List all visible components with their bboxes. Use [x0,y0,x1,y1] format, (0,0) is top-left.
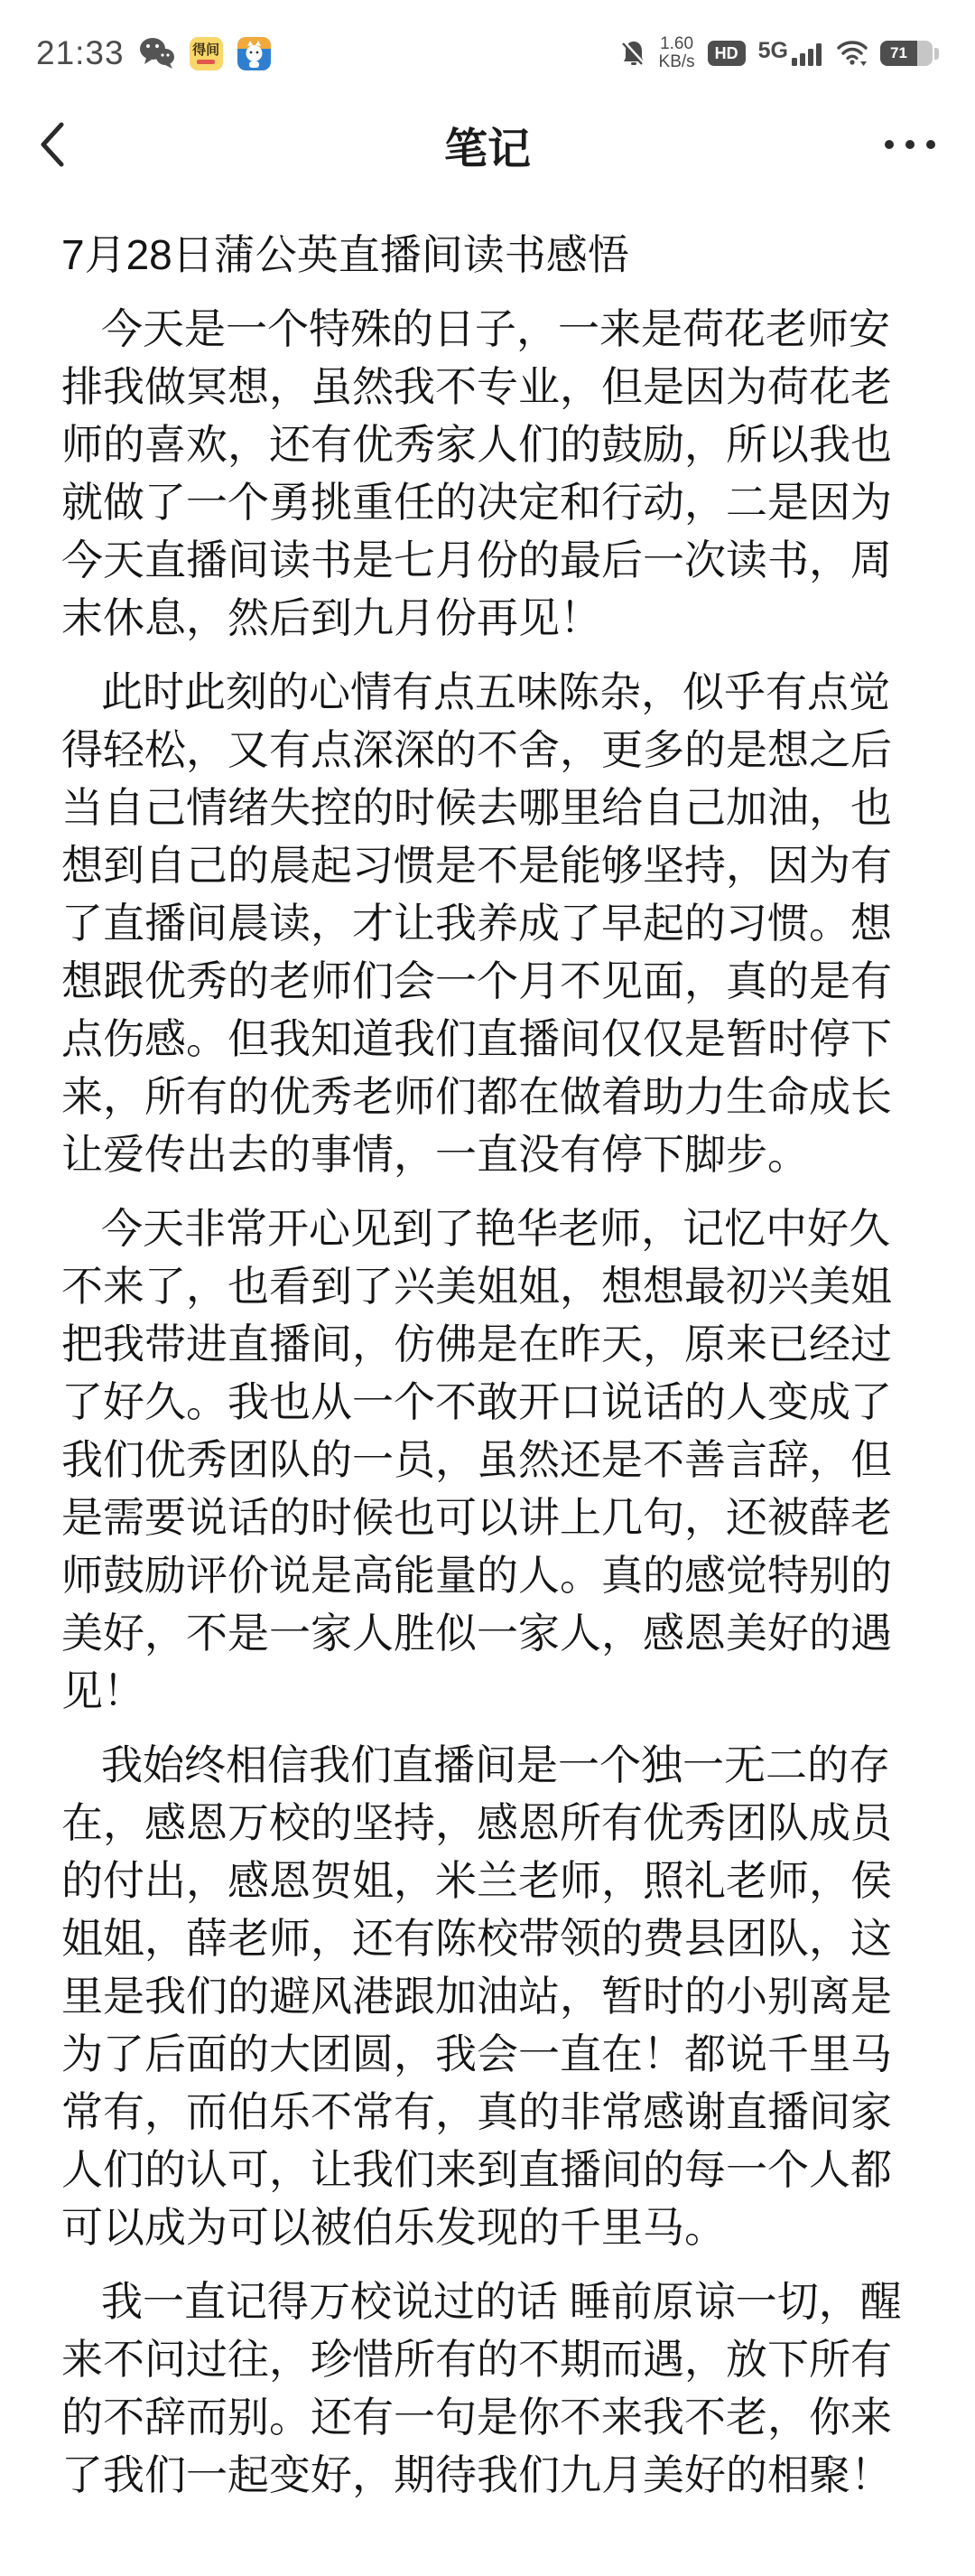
reading-app-icon: 得间 [190,37,223,70]
note-text-line: 见！ [61,1662,914,1720]
note-text-line: 常有，而伯乐不常有，真的非常感谢直播间家 [61,2083,914,2141]
note-text-line: 里是我们的避风港跟加油站，暂时的小别离是 [61,1967,914,2025]
battery-icon: 71 [880,41,939,66]
notes-screen: 21:33 得间 [0,0,975,2576]
note-text-line: 来不问过往，珍惜所有的不期而遇，放下所有 [61,2330,914,2388]
note-text-line: 想跟优秀的老师们会一个月不见面，真的是有 [61,952,914,1010]
note-text-line: 末休息，然后到九月份再见！ [61,589,914,647]
note-text-line: 此时此刻的心情有点五味陈杂，似乎有点觉 [61,663,914,721]
note-title: 7月28日蒲公英直播间读书感悟 [61,226,914,284]
note-text-line: 想到自己的晨起习惯是不是能够坚持，因为有 [61,836,914,894]
note-text-line: 就做了一个勇挑重任的决定和行动，二是因为 [61,473,914,531]
cat-app-icon [237,37,271,70]
note-text-line: 姐姐，薛老师，还有陈校带领的费县团队，这 [61,1909,914,1967]
status-bar-right: 1.60 KB/s HD 5G [621,35,939,71]
note-text-line: 得轻松，又有点深深的不舍，更多的是想之后 [61,721,914,779]
note-text-line: 我一直记得万校说过的话 睡前原谅一切，醒 [61,2273,914,2330]
note-text-line: 了直播间晨读，才让我养成了早起的习惯。想 [61,894,914,952]
status-bar: 21:33 得间 [0,0,975,90]
note-text-line: 点伤感。但我知道我们直播间仅仅是暂时停下 [61,1010,914,1068]
note-paragraph: 此时此刻的心情有点五味陈杂，似乎有点觉 得轻松，又有点深深的不舍，更多的是想之后… [61,663,914,1183]
note-text-line: 为了后面的大团圆，我会一直在！都说千里马 [61,2025,914,2083]
note-paragraphs: 今天是一个特殊的日子，一来是荷花老师安 排我做冥想，虽然我不专业，但是因为荷花老… [61,300,914,2504]
note-text-line: 把我带进直播间，仿佛是在昨天，原来已经过 [61,1315,914,1373]
note-text-line: 排我做冥想，虽然我不专业，但是因为荷花老 [61,358,914,415]
note-text-line: 当自己情绪失控的时候去哪里给自己加油，也 [61,779,914,836]
wifi-icon [837,40,868,67]
note-paragraph: 今天是一个特殊的日子，一来是荷花老师安 排我做冥想，虽然我不专业，但是因为荷花老… [61,300,914,647]
note-text-line: 的不辞而别。还有一句是你不来我不老，你来 [61,2388,914,2446]
cellular-signal: 5G [758,41,824,66]
note-text-line: 不来了，也看到了兴美姐姐，想想最初兴美姐 [61,1257,914,1315]
note-text-line: 我们优秀团队的一员，虽然还是不善言辞，但 [61,1431,914,1489]
network-speed: 1.60 KB/s [659,35,695,71]
note-text-line: 的付出，感恩贺姐，米兰老师，照礼老师，侯 [61,1852,914,1909]
clock-text: 21:33 [36,34,125,72]
note-text-line: 今天直播间读书是七月份的最后一次读书，周 [61,531,914,589]
note-text-line: 我始终相信我们直播间是一个独一无二的存 [61,1736,914,1794]
note-paragraph: 我一直记得万校说过的话 睡前原谅一切，醒 来不问过往，珍惜所有的不期而遇，放下所… [61,2273,914,2504]
note-text-line: 师的喜欢，还有优秀家人们的鼓励，所以我也 [61,415,914,473]
wechat-icon [139,37,175,70]
note-text-line: 在，感恩万校的坚持，感恩所有优秀团队成员 [61,1794,914,1852]
note-text-line: 美好，不是一家人胜似一家人，感恩美好的遇 [61,1604,914,1662]
note-paragraph: 我始终相信我们直播间是一个独一无二的存 在，感恩万校的坚持，感恩所有优秀团队成员… [61,1736,914,2256]
note-text-line: 是需要说话的时候也可以讲上几句，还被薛老 [61,1489,914,1546]
status-bar-left: 21:33 得间 [36,34,271,72]
chevron-left-icon [40,122,65,167]
back-button[interactable] [40,113,94,176]
note-paragraph: 今天非常开心见到了艳华老师，记忆中好久 不来了，也看到了兴美姐姐，想想最初兴美姐… [61,1199,914,1720]
note-content[interactable]: 7月28日蒲公英直播间读书感悟 今天是一个特殊的日子，一来是荷花老师安 排我做冥… [61,226,914,2504]
note-text-line: 今天是一个特殊的日子，一来是荷花老师安 [61,300,914,358]
signal-bars-icon [792,41,824,66]
note-text-line: 了我们一起变好，期待我们九月美好的相聚！ [61,2446,914,2504]
note-text-line: 今天非常开心见到了艳华老师，记忆中好久 [61,1199,914,1257]
note-text-line: 来，所有的优秀老师们都在做着助力生命成长 [61,1068,914,1125]
network-type-label: 5G [758,41,788,61]
note-text-line: 让爱传出去的事情，一直没有停下脚步。 [61,1125,914,1183]
network-speed-value: 1.60 [660,35,693,53]
note-text-line: 了好久。我也从一个不敢开口说话的人变成了 [61,1373,914,1431]
hd-badge: HD [708,41,746,66]
note-text-line: 人们的认可，让我们来到直播间的每一个人都 [61,2141,914,2198]
page-title: 笔记 [0,114,975,176]
ellipsis-icon [885,140,894,149]
note-text-line: 可以成为可以被伯乐发现的千里马。 [61,2198,914,2256]
more-options-button[interactable] [885,126,935,163]
battery-percent: 71 [880,41,917,66]
network-speed-unit: KB/s [659,53,695,71]
nav-bar: 笔记 [0,90,975,199]
bell-muted-icon [621,40,646,67]
note-text-line: 师鼓励评价说是高能量的人。真的感觉特别的 [61,1546,914,1604]
